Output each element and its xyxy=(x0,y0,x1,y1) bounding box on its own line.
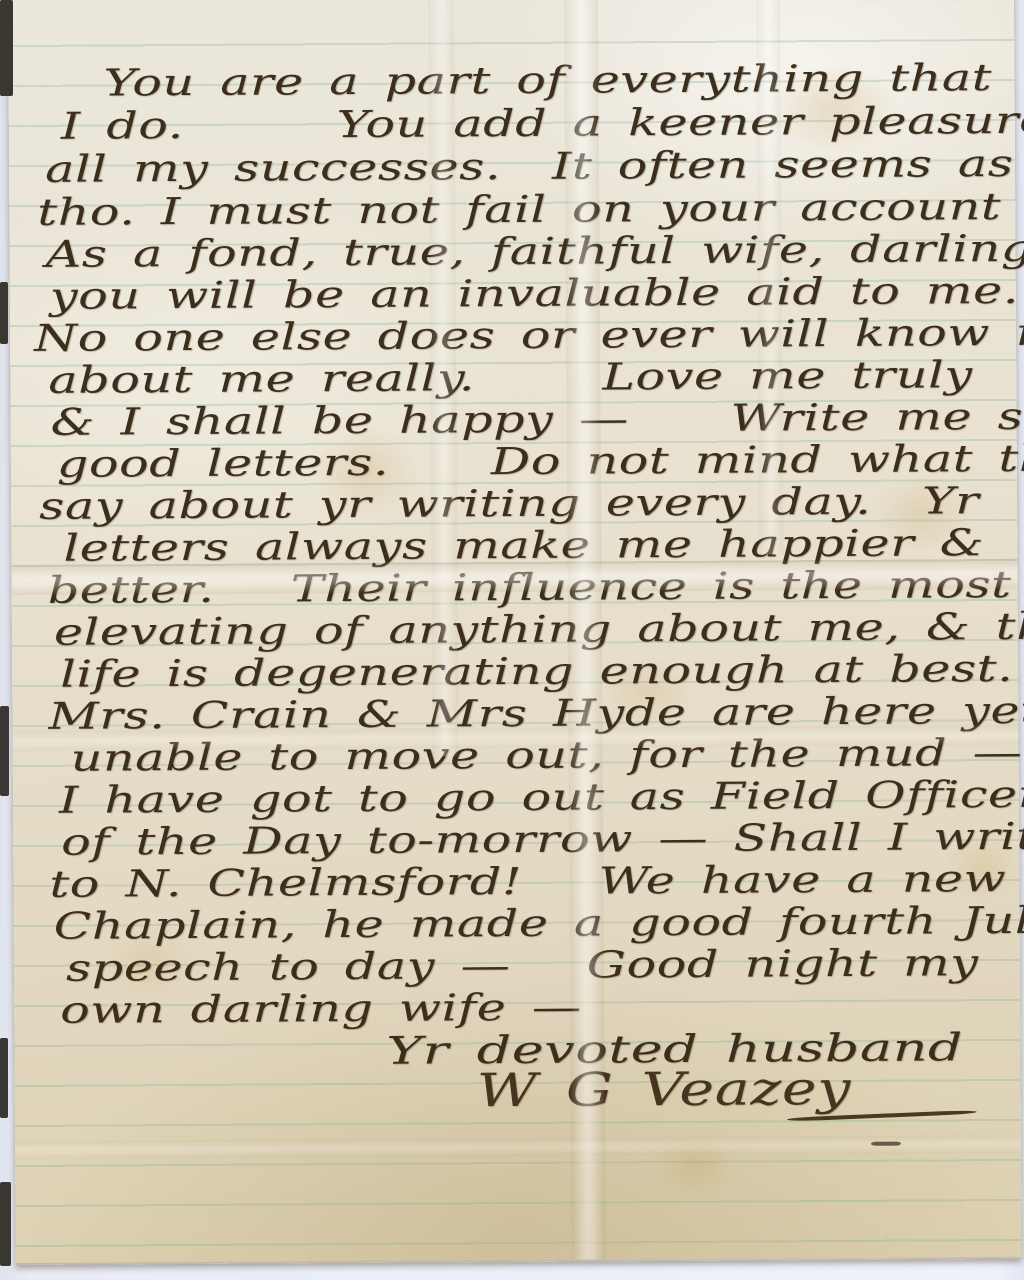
left-edge-shadow xyxy=(0,1182,11,1266)
left-edge-shadow xyxy=(0,0,13,96)
letter-line: I do. You add a keener pleasure to xyxy=(61,98,1024,148)
letter-line: You are a part of everything that xyxy=(103,56,992,105)
letter-line: all my successes. It often seems as xyxy=(45,142,1014,192)
left-edge-shadow xyxy=(0,282,8,344)
letter-line: speech to day — Good night my xyxy=(66,941,979,991)
signature-dash xyxy=(871,1142,901,1146)
left-edge-shadow xyxy=(0,1038,8,1118)
left-edge-shadow xyxy=(0,706,9,796)
scanner-bed: You are a part of everything that I do. … xyxy=(0,0,1024,1280)
letter-page: You are a part of everything that I do. … xyxy=(8,0,1022,1265)
letter-line: own darling wife — xyxy=(60,986,582,1033)
scan-background: { "document": { "kind": "handwritten let… xyxy=(0,0,1024,1280)
signature: W G Veazey xyxy=(477,1066,852,1112)
